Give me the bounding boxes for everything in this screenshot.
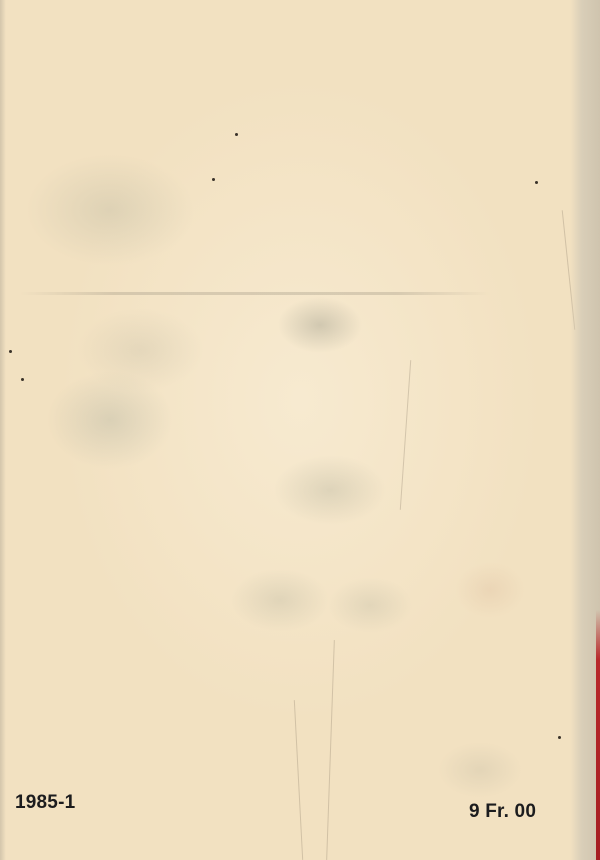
left-edge-shading xyxy=(0,0,6,860)
horizontal-crease xyxy=(20,292,490,295)
dust-speck xyxy=(212,178,215,181)
paper-crack xyxy=(326,640,335,860)
dust-speck xyxy=(235,133,238,136)
price-label: 9 Fr. 00 xyxy=(469,801,536,823)
dust-speck xyxy=(9,350,12,353)
paper-crack xyxy=(294,700,303,860)
issue-number: 1985-1 xyxy=(15,792,75,814)
red-edge-strip xyxy=(596,610,600,860)
dust-speck xyxy=(558,736,561,739)
paper-crack xyxy=(400,360,411,510)
back-cover: 1985-1 9 Fr. 00 xyxy=(0,0,600,860)
dust-speck xyxy=(535,181,538,184)
dust-speck xyxy=(21,378,24,381)
